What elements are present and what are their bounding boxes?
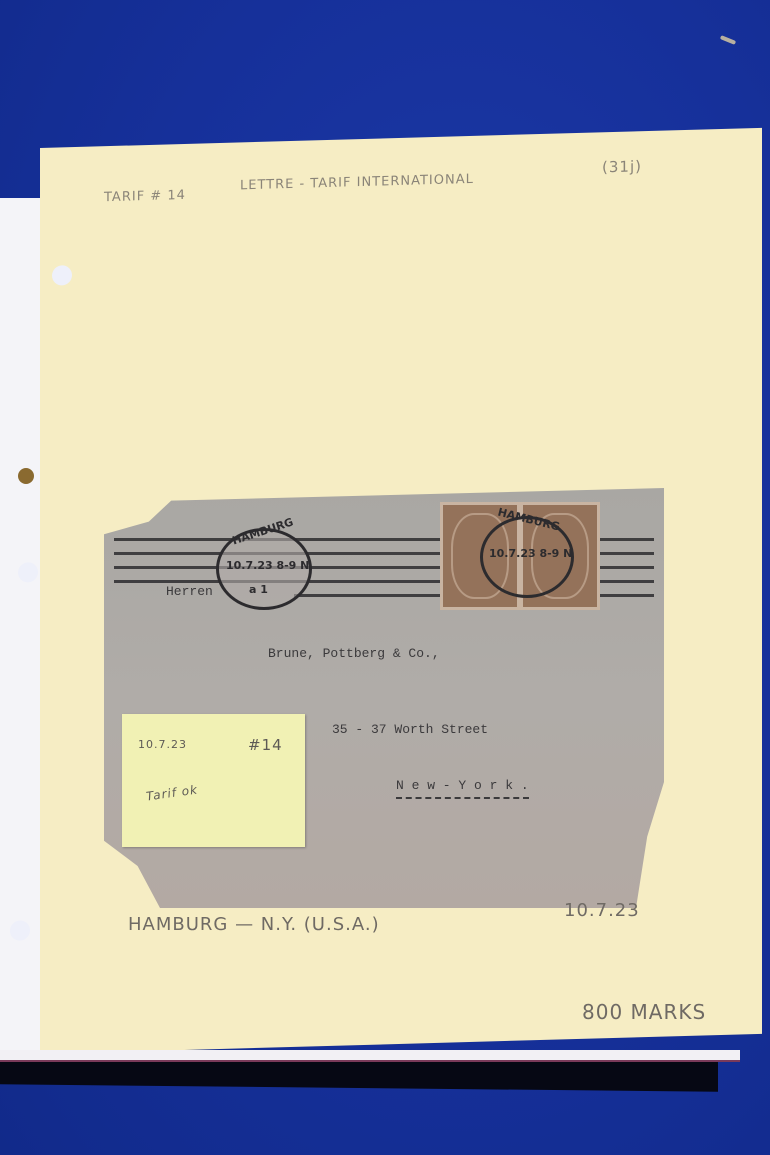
binder-hole	[18, 468, 34, 484]
header-tarif: TARIF # 14	[104, 188, 186, 205]
postmark-right: HAMBURG 10.7.23 8-9 N	[480, 516, 574, 598]
sticky-note-text: Tarif ok	[145, 782, 198, 803]
caption-date: 10.7.23	[564, 900, 640, 921]
binder-hole	[52, 265, 72, 286]
header-page-ref: (31j)	[602, 157, 642, 176]
salutation: Herren	[166, 584, 213, 599]
postmark-left: HAMBURG 10.7.23 8-9 N a 1	[216, 528, 312, 610]
rate-note: 800 MARKS	[582, 1000, 706, 1024]
sticky-date: 10.7.23	[138, 738, 187, 751]
caption-route: HAMBURG — N.Y. (U.S.A.)	[128, 914, 380, 935]
page-edge	[0, 1050, 740, 1062]
address-line-3: N e w - Y o r k .	[396, 778, 529, 799]
sticky-note: 10.7.23 #14 Tarif ok	[122, 714, 305, 847]
header-lettre: LETTRE - TARIF INTERNATIONAL	[240, 172, 474, 194]
lint-speck	[720, 35, 736, 45]
address-line-2: 35 - 37 Worth Street	[332, 722, 488, 737]
sticky-number: #14	[248, 736, 283, 754]
address-line-1: Brune, Pottberg & Co.,	[268, 646, 440, 661]
